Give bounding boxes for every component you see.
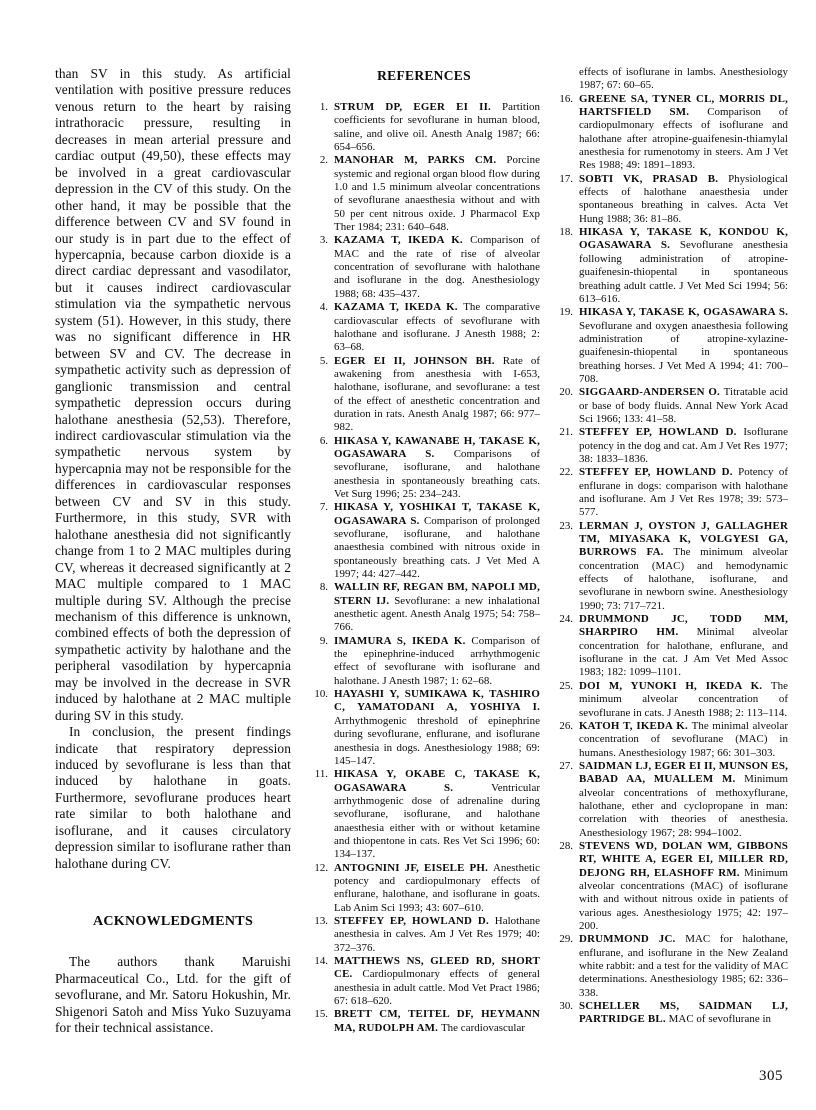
reference-text: DRUMMOND JC. MAC for halothane, enfluran…	[579, 933, 788, 1000]
reference-authors: HIKASA Y, TAKASE K, OGASAWARA S.	[579, 306, 788, 318]
reference-number-blank	[553, 66, 579, 93]
reference-number: 8.	[308, 581, 334, 634]
reference-item: 7.HIKASA Y, YOSHIKAI T, TAKASE K, OGASAW…	[308, 501, 540, 581]
reference-number: 12.	[308, 862, 334, 915]
reference-number: 10.	[308, 688, 334, 768]
reference-text: WALLIN RF, REGAN BM, NAPOLI MD, STERN IJ…	[334, 581, 540, 634]
reference-authors: MATTHEWS NS, GLEED RD, SHORT CE.	[334, 955, 540, 980]
reference-item: 8.WALLIN RF, REGAN BM, NAPOLI MD, STERN …	[308, 581, 540, 634]
reference-number: 23.	[553, 520, 579, 613]
reference-item: 28.STEVENS WD, DOLAN WM, GIBBONS RT, WHI…	[553, 840, 788, 933]
reference-text: STEVENS WD, DOLAN WM, GIBBONS RT, WHITE …	[579, 840, 788, 933]
reference-item: 30.SCHELLER MS, SAIDMAN LJ, PARTRIDGE BL…	[553, 1000, 788, 1027]
page-number: 305	[759, 1068, 783, 1085]
reference-text: SOBTI VK, PRASAD B. Physiological effect…	[579, 173, 788, 226]
reference-authors: KAZAMA T, IKEDA K.	[334, 234, 470, 246]
reference-item: 18.HIKASA Y, TAKASE K, KONDOU K, OGASAWA…	[553, 226, 788, 306]
references-list-1-15: 1.STRUM DP, EGER EI II. Partition coeffi…	[308, 101, 540, 1035]
reference-text: IMAMURA S, IKEDA K. Comparison of the ep…	[334, 635, 540, 688]
reference-authors: KAZAMA T, IKEDA K.	[334, 301, 463, 313]
reference-item: 22.STEFFEY EP, HOWLAND D. Potency of enf…	[553, 466, 788, 519]
reference-authors: SAIDMAN LJ, EGER EI II, MUNSON ES, BABAD…	[579, 760, 788, 785]
reference-authors: SIGGAARD-ANDERSEN O.	[579, 386, 724, 398]
reference-text: HIKASA Y, OKABE C, TAKASE K, OGASAWARA S…	[334, 768, 540, 861]
reference-item: 13.STEFFEY EP, HOWLAND D. Halothane anes…	[308, 915, 540, 955]
reference-number: 21.	[553, 426, 579, 466]
references-column-left: REFERENCES 1.STRUM DP, EGER EI II. Parti…	[308, 66, 540, 1036]
reference-text: STEFFEY EP, HOWLAND D. Isoflurane potenc…	[579, 426, 788, 466]
reference-number: 28.	[553, 840, 579, 933]
reference-number: 7.	[308, 501, 334, 581]
reference-text: STEFFEY EP, HOWLAND D. Potency of enflur…	[579, 466, 788, 519]
acknowledgments-paragraph: The authors thank Maruishi Pharmaceutica…	[55, 954, 291, 1036]
reference-item: 2.MANOHAR M, PARKS CM. Porcine systemic …	[308, 154, 540, 234]
reference-item: 27.SAIDMAN LJ, EGER EI II, MUNSON ES, BA…	[553, 760, 788, 840]
reference-authors: BRETT CM, TEITEL DF, HEYMANN MA, RUDOLPH…	[334, 1008, 540, 1033]
reference-authors: HIKASA Y, TAKASE K, KONDOU K, OGASAWARA …	[579, 226, 788, 251]
reference-number: 18.	[553, 226, 579, 306]
reference-continuation: effects of isoflurane in lambs. Anesthes…	[553, 66, 788, 93]
reference-number: 19.	[553, 306, 579, 386]
reference-number: 30.	[553, 1000, 579, 1027]
reference-text: HIKASA Y, YOSHIKAI T, TAKASE K, OGASAWAR…	[334, 501, 540, 581]
reference-item: 6.HIKASA Y, KAWANABE H, TAKASE K, OGASAW…	[308, 435, 540, 502]
reference-text: BRETT CM, TEITEL DF, HEYMANN MA, RUDOLPH…	[334, 1008, 540, 1035]
reference-number: 15.	[308, 1008, 334, 1035]
reference-continuation-text: effects of isoflurane in lambs. Anesthes…	[579, 66, 788, 93]
discussion-paragraph: than SV in this study. As artificial ven…	[55, 66, 291, 724]
reference-text: HIKASA Y, KAWANABE H, TAKASE K, OGASAWAR…	[334, 435, 540, 502]
reference-text: KAZAMA T, IKEDA K. Comparison of MAC and…	[334, 234, 540, 301]
reference-item: 9.IMAMURA S, IKEDA K. Comparison of the …	[308, 635, 540, 688]
reference-text: SAIDMAN LJ, EGER EI II, MUNSON ES, BABAD…	[579, 760, 788, 840]
reference-number: 4.	[308, 301, 334, 354]
reference-number: 14.	[308, 955, 334, 1008]
reference-authors: HAYASHI Y, SUMIKAWA K, TASHIRO C, YAMATO…	[334, 688, 540, 713]
references-heading: REFERENCES	[308, 68, 540, 84]
reference-item: 3.KAZAMA T, IKEDA K. Comparison of MAC a…	[308, 234, 540, 301]
reference-text: KAZAMA T, IKEDA K. The comparative cardi…	[334, 301, 540, 354]
reference-text: SIGGAARD-ANDERSEN O. Titratable acid or …	[579, 386, 788, 426]
reference-authors: STEFFEY EP, HOWLAND D.	[579, 426, 743, 438]
reference-text: ANTOGNINI JF, EISELE PH. Anesthetic pote…	[334, 862, 540, 915]
reference-text: MATTHEWS NS, GLEED RD, SHORT CE. Cardiop…	[334, 955, 540, 1008]
reference-number: 13.	[308, 915, 334, 955]
reference-authors: HIKASA Y, YOSHIKAI T, TAKASE K, OGASAWAR…	[334, 501, 540, 526]
reference-authors: WALLIN RF, REGAN BM, NAPOLI MD, STERN IJ…	[334, 581, 540, 606]
reference-authors: MANOHAR M, PARKS CM.	[334, 154, 506, 166]
journal-page: than SV in this study. As artificial ven…	[55, 66, 788, 1036]
reference-authors: STEFFEY EP, HOWLAND D.	[579, 466, 738, 478]
reference-item: 26.KATOH T, IKEDA K. The minimal alveola…	[553, 720, 788, 760]
reference-authors: SOBTI VK, PRASAD B.	[579, 173, 728, 185]
reference-authors: STEFFEY EP, HOWLAND D.	[334, 915, 495, 927]
reference-text: LERMAN J, OYSTON J, GALLAGHER TM, MIYASA…	[579, 520, 788, 613]
reference-authors: SCHELLER MS, SAIDMAN LJ, PARTRIDGE BL.	[579, 1000, 788, 1025]
reference-authors: STRUM DP, EGER EI II.	[334, 101, 502, 113]
reference-number: 9.	[308, 635, 334, 688]
reference-item: 21.STEFFEY EP, HOWLAND D. Isoflurane pot…	[553, 426, 788, 466]
references-list-16-30: effects of isoflurane in lambs. Anesthes…	[553, 66, 788, 1027]
reference-item: 19.HIKASA Y, TAKASE K, OGASAWARA S. Sevo…	[553, 306, 788, 386]
reference-authors: HIKASA Y, KAWANABE H, TAKASE K, OGASAWAR…	[334, 435, 540, 460]
reference-number: 17.	[553, 173, 579, 226]
reference-item: 15.BRETT CM, TEITEL DF, HEYMANN MA, RUDO…	[308, 1008, 540, 1035]
reference-item: 11.HIKASA Y, OKABE C, TAKASE K, OGASAWAR…	[308, 768, 540, 861]
reference-text: HAYASHI Y, SUMIKAWA K, TASHIRO C, YAMATO…	[334, 688, 540, 768]
reference-authors: DRUMMOND JC.	[579, 933, 685, 945]
reference-number: 27.	[553, 760, 579, 840]
reference-item: 1.STRUM DP, EGER EI II. Partition coeffi…	[308, 101, 540, 154]
reference-item: 5.EGER EI II, JOHNSON BH. Rate of awaken…	[308, 355, 540, 435]
reference-item: 17.SOBTI VK, PRASAD B. Physiological eff…	[553, 173, 788, 226]
reference-text: GREENE SA, TYNER CL, MORRIS DL, HARTSFIE…	[579, 93, 788, 173]
reference-item: 4.KAZAMA T, IKEDA K. The comparative car…	[308, 301, 540, 354]
reference-authors: DRUMMOND JC, TODD MM, SHARPIRO HM.	[579, 613, 788, 638]
reference-number: 24.	[553, 613, 579, 680]
reference-number: 25.	[553, 680, 579, 720]
conclusion-paragraph: In conclusion, the present findings indi…	[55, 724, 291, 872]
reference-number: 1.	[308, 101, 334, 154]
reference-text: HIKASA Y, TAKASE K, OGASAWARA S. Sevoflu…	[579, 306, 788, 386]
body-text-column: than SV in this study. As artificial ven…	[55, 66, 291, 1036]
reference-authors: HIKASA Y, OKABE C, TAKASE K, OGASAWARA S…	[334, 768, 540, 793]
reference-item: 25.DOI M, YUNOKI H, IKEDA K. The minimum…	[553, 680, 788, 720]
reference-number: 2.	[308, 154, 334, 234]
reference-text: HIKASA Y, TAKASE K, KONDOU K, OGASAWARA …	[579, 226, 788, 306]
reference-number: 5.	[308, 355, 334, 435]
reference-number: 16.	[553, 93, 579, 173]
reference-text: MANOHAR M, PARKS CM. Porcine systemic an…	[334, 154, 540, 234]
reference-text: STEFFEY EP, HOWLAND D. Halothane anesthe…	[334, 915, 540, 955]
reference-authors: ANTOGNINI JF, EISELE PH.	[334, 862, 493, 874]
reference-item: 29.DRUMMOND JC. MAC for halothane, enflu…	[553, 933, 788, 1000]
reference-item: 10.HAYASHI Y, SUMIKAWA K, TASHIRO C, YAM…	[308, 688, 540, 768]
reference-text: DRUMMOND JC, TODD MM, SHARPIRO HM. Minim…	[579, 613, 788, 680]
reference-text: DOI M, YUNOKI H, IKEDA K. The minimum al…	[579, 680, 788, 720]
reference-item: 14.MATTHEWS NS, GLEED RD, SHORT CE. Card…	[308, 955, 540, 1008]
reference-number: 20.	[553, 386, 579, 426]
reference-number: 6.	[308, 435, 334, 502]
reference-authors: EGER EI II, JOHNSON BH.	[334, 355, 503, 367]
reference-authors: GREENE SA, TYNER CL, MORRIS DL, HARTSFIE…	[579, 93, 788, 118]
reference-authors: LERMAN J, OYSTON J, GALLAGHER TM, MIYASA…	[579, 520, 788, 559]
reference-number: 3.	[308, 234, 334, 301]
reference-item: 16.GREENE SA, TYNER CL, MORRIS DL, HARTS…	[553, 93, 788, 173]
reference-number: 29.	[553, 933, 579, 1000]
reference-item: 20.SIGGAARD-ANDERSEN O. Titratable acid …	[553, 386, 788, 426]
reference-number: 22.	[553, 466, 579, 519]
reference-number: 11.	[308, 768, 334, 861]
reference-authors: DOI M, YUNOKI H, IKEDA K.	[579, 680, 771, 692]
reference-text: SCHELLER MS, SAIDMAN LJ, PARTRIDGE BL. M…	[579, 1000, 788, 1027]
reference-authors: STEVENS WD, DOLAN WM, GIBBONS RT, WHITE …	[579, 840, 788, 879]
reference-text: STRUM DP, EGER EI II. Partition coeffici…	[334, 101, 540, 154]
reference-item: 24.DRUMMOND JC, TODD MM, SHARPIRO HM. Mi…	[553, 613, 788, 680]
reference-text: KATOH T, IKEDA K. The minimal alveolar c…	[579, 720, 788, 760]
reference-authors: KATOH T, IKEDA K.	[579, 720, 692, 732]
reference-number: 26.	[553, 720, 579, 760]
reference-item: 23.LERMAN J, OYSTON J, GALLAGHER TM, MIY…	[553, 520, 788, 613]
reference-text: EGER EI II, JOHNSON BH. Rate of awakenin…	[334, 355, 540, 435]
reference-item: 12.ANTOGNINI JF, EISELE PH. Anesthetic p…	[308, 862, 540, 915]
references-column-right: effects of isoflurane in lambs. Anesthes…	[553, 66, 788, 1036]
acknowledgments-heading: ACKNOWLEDGMENTS	[55, 914, 291, 930]
reference-authors: IMAMURA S, IKEDA K.	[334, 635, 471, 647]
references-list-items: 16.GREENE SA, TYNER CL, MORRIS DL, HARTS…	[553, 93, 788, 1027]
